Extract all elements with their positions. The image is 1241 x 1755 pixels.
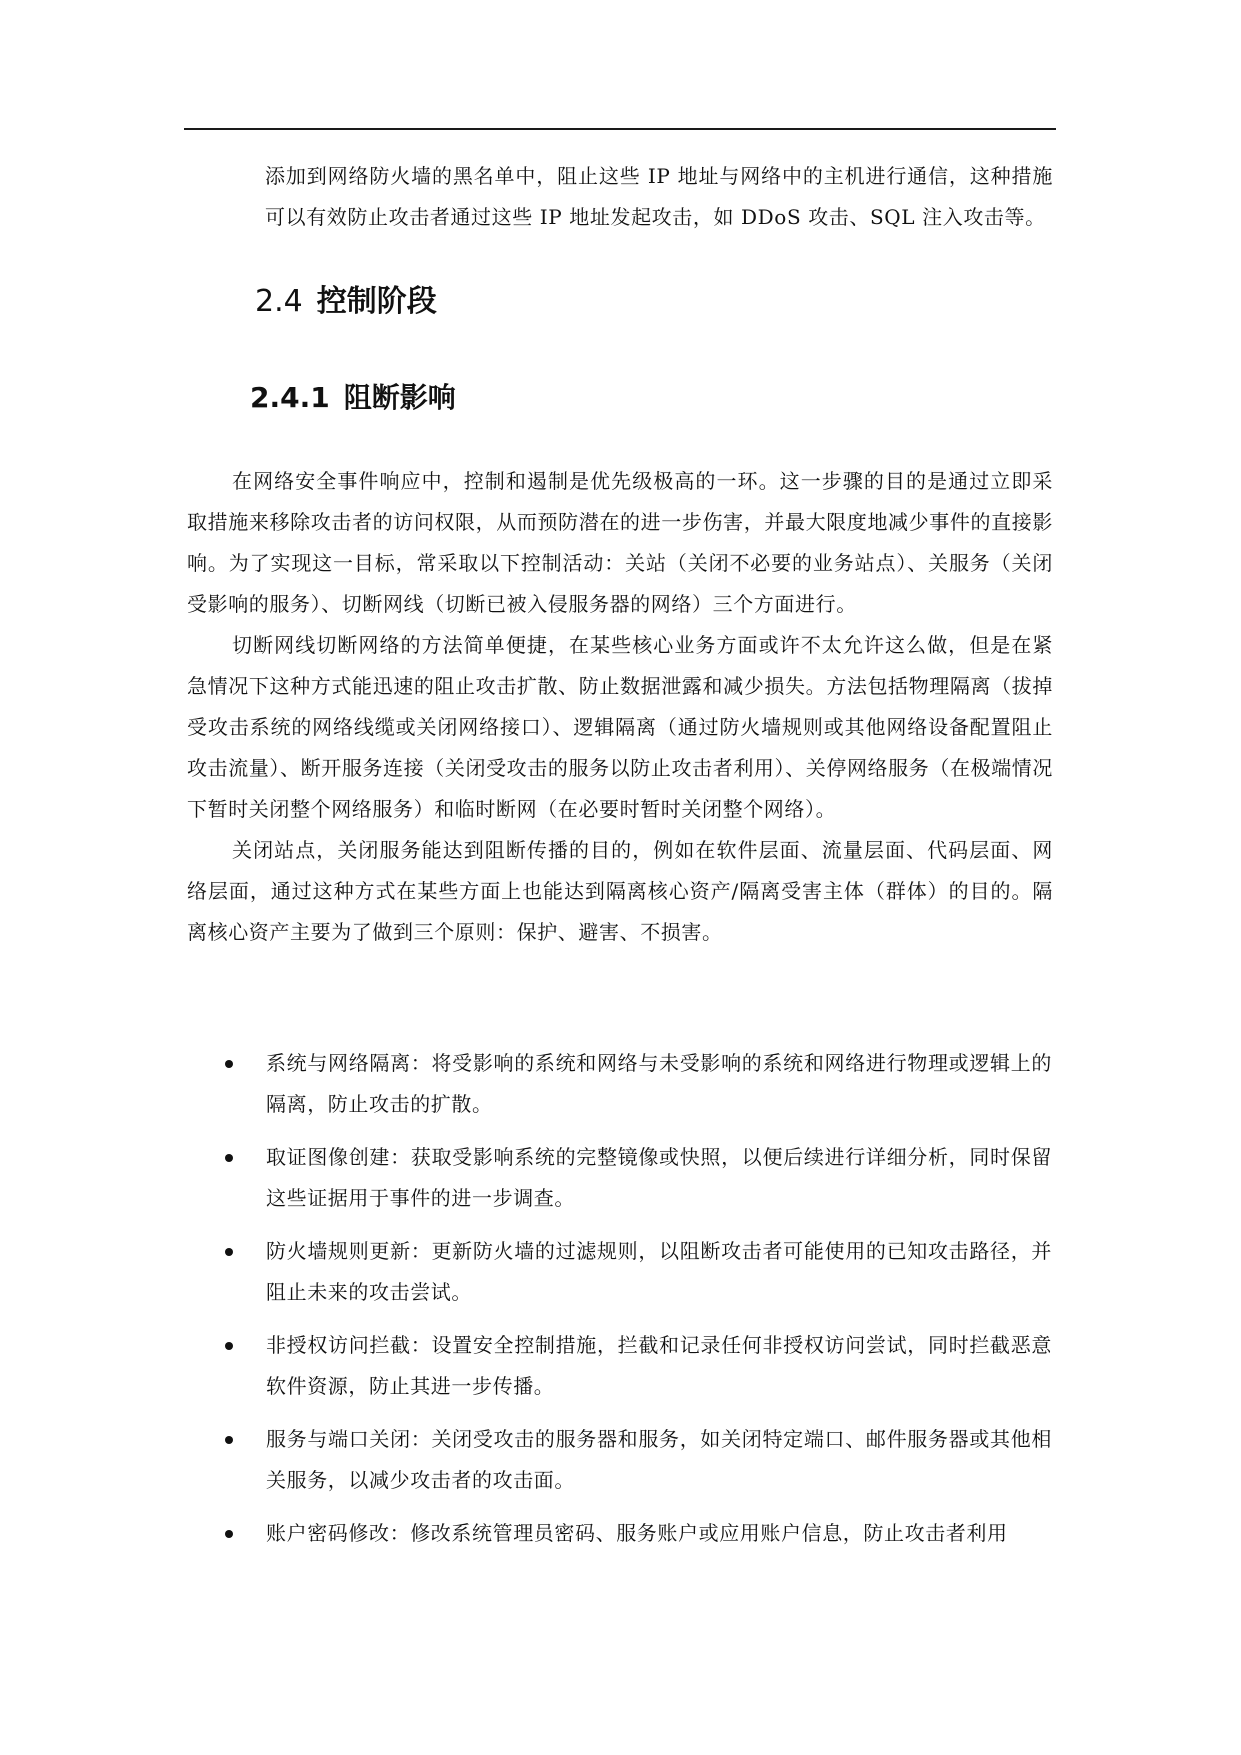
bullet-icon bbox=[225, 1154, 233, 1162]
bullet-list: 系统与网络隔离：将受影响的系统和网络与未受影响的系统和网络进行物理或逻辑上的隔离… bbox=[222, 1043, 1052, 1566]
header-rule bbox=[184, 128, 1056, 130]
bullet-text: 系统与网络隔离：将受影响的系统和网络与未受影响的系统和网络进行物理或逻辑上的隔离… bbox=[266, 1051, 1052, 1116]
bullet-item: 防火墙规则更新：更新防火墙的过滤规则，以阻断攻击者可能使用的已知攻击路径，并阻止… bbox=[222, 1231, 1052, 1313]
bullet-text: 非授权访问拦截：设置安全控制措施，拦截和记录任何非授权访问尝试，同时拦截恶意软件… bbox=[266, 1333, 1052, 1398]
paragraph: 切断网线切断网络的方法简单便捷，在某些核心业务方面或许不太允许这么做，但是在紧急… bbox=[187, 625, 1053, 830]
continuation-text: 添加到网络防火墙的黑名单中，阻止这些 IP 地址与网络中的主机进行通信，这种措施… bbox=[265, 156, 1053, 238]
bullet-icon bbox=[225, 1342, 233, 1350]
bullet-text: 账户密码修改：修改系统管理员密码、服务账户或应用账户信息，防止攻击者利用 bbox=[266, 1521, 1008, 1545]
subsection-title: 阻断影响 bbox=[344, 381, 456, 414]
bullet-item: 非授权访问拦截：设置安全控制措施，拦截和记录任何非授权访问尝试，同时拦截恶意软件… bbox=[222, 1325, 1052, 1407]
bullet-icon bbox=[225, 1248, 233, 1256]
bullet-item: 服务与端口关闭：关闭受攻击的服务器和服务，如关闭特定端口、邮件服务器或其他相关服… bbox=[222, 1419, 1052, 1501]
document-page: 添加到网络防火墙的黑名单中，阻止这些 IP 地址与网络中的主机进行通信，这种措施… bbox=[0, 0, 1241, 1755]
section-title: 控制阶段 bbox=[317, 284, 437, 319]
bullet-item: 账户密码修改：修改系统管理员密码、服务账户或应用账户信息，防止攻击者利用 bbox=[222, 1513, 1052, 1554]
bullet-item: 系统与网络隔离：将受影响的系统和网络与未受影响的系统和网络进行物理或逻辑上的隔离… bbox=[222, 1043, 1052, 1125]
body-paragraphs: 在网络安全事件响应中，控制和遏制是优先级极高的一环。这一步骤的目的是通过立即采取… bbox=[187, 461, 1053, 953]
continuation-paragraph: 添加到网络防火墙的黑名单中，阻止这些 IP 地址与网络中的主机进行通信，这种措施… bbox=[187, 156, 1053, 238]
bullet-text: 服务与端口关闭：关闭受攻击的服务器和服务，如关闭特定端口、邮件服务器或其他相关服… bbox=[266, 1427, 1052, 1492]
section-number: 2.4 bbox=[255, 284, 303, 319]
subsection-heading: 2.4.1阻断影响 bbox=[250, 378, 456, 418]
bullet-text: 防火墙规则更新：更新防火墙的过滤规则，以阻断攻击者可能使用的已知攻击路径，并阻止… bbox=[266, 1239, 1052, 1304]
bullet-item: 取证图像创建：获取受影响系统的完整镜像或快照，以便后续进行详细分析，同时保留这些… bbox=[222, 1137, 1052, 1219]
paragraph: 在网络安全事件响应中，控制和遏制是优先级极高的一环。这一步骤的目的是通过立即采取… bbox=[187, 461, 1053, 625]
paragraph: 关闭站点，关闭服务能达到阻断传播的目的，例如在软件层面、流量层面、代码层面、网络… bbox=[187, 830, 1053, 953]
bullet-text: 取证图像创建：获取受影响系统的完整镜像或快照，以便后续进行详细分析，同时保留这些… bbox=[266, 1145, 1052, 1210]
bullet-icon bbox=[225, 1530, 233, 1538]
bullet-icon bbox=[225, 1436, 233, 1444]
section-heading: 2.4控制阶段 bbox=[255, 282, 437, 322]
bullet-icon bbox=[225, 1060, 233, 1068]
subsection-number: 2.4.1 bbox=[250, 381, 330, 414]
